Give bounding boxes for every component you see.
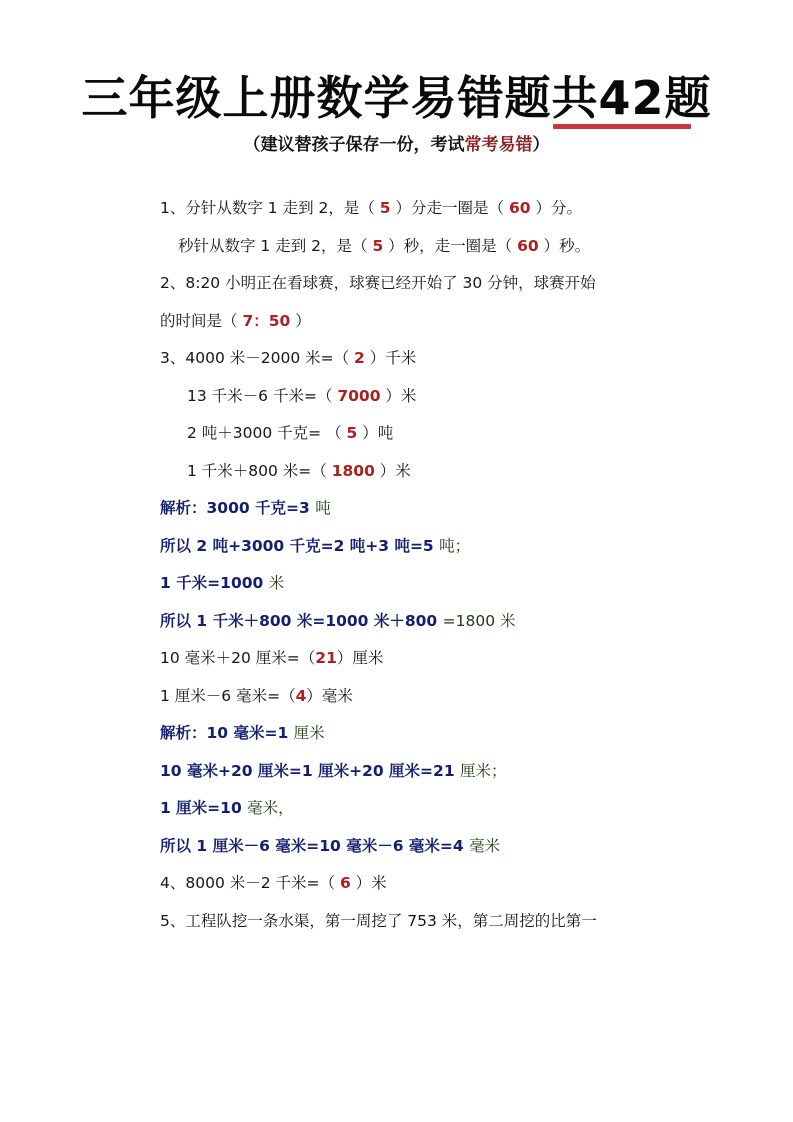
analysis-text: 所以 1 千米＋800 米 [160, 612, 312, 630]
question-3-line-e: 10 毫米＋20 厘米=（21）厘米 [160, 640, 720, 678]
analysis-unit: 吨 [315, 499, 331, 517]
text: ）分走一圈是（ [391, 199, 509, 217]
question-list: 1、分针从数字 1 走到 2，是（ 5 ）分走一圈是（ 60 ）分。 秒针从数字… [160, 190, 720, 940]
text: 2 吨＋3000 千克= （ [187, 424, 347, 442]
text: 2、8:20 小明正在看球赛，球赛已经开始了 30 分钟，球赛开始 [160, 274, 596, 292]
analysis-text: 解析：10 毫米=1 [160, 724, 294, 742]
text: 1 厘米－6 毫米=（ [160, 687, 296, 705]
text: 3、4000 米－2000 米=（ [160, 349, 354, 367]
text: 10 毫米＋20 厘米=（ [160, 649, 315, 667]
title-underline [553, 124, 691, 129]
page-title: 三年级上册数学易错题共42题 [0, 70, 793, 126]
answer: 60 [517, 237, 539, 255]
text: ）秒，走一圈是（ [383, 237, 517, 255]
question-3-line-b: 13 千米－6 千米=（ 7000 ）米 [160, 378, 720, 416]
analysis-line-7: 1 厘米=10 毫米， [160, 790, 720, 828]
analysis-unit: 吨； [439, 537, 470, 555]
analysis-text: 1 千米=1000 [160, 574, 269, 592]
subtitle-close: ） [533, 135, 550, 155]
analysis-line-1: 解析：3000 千克=3 吨 [160, 490, 720, 528]
question-1-line-2: 秒针从数字 1 走到 2，是（ 5 ）秒，走一圈是（ 60 ）秒。 [160, 228, 720, 266]
text: 1 千米＋800 米=（ [187, 462, 332, 480]
subtitle-highlight: 常考易错 [465, 135, 533, 155]
text: ） [290, 312, 310, 330]
question-1-line-1: 1、分针从数字 1 走到 2，是（ 5 ）分走一圈是（ 60 ）分。 [160, 190, 720, 228]
text: 的时间是（ [160, 312, 242, 330]
text: ）米 [381, 387, 417, 405]
question-2-line-2: 的时间是（ 7：50 ） [160, 303, 720, 341]
analysis-text: 所以 2 吨+3000 千克=2 吨+3 吨=5 [160, 537, 439, 555]
analysis-line-2: 所以 2 吨+3000 千克=2 吨+3 吨=5 吨； [160, 528, 720, 566]
page-subtitle: （建议替孩子保存一份，考试常考易错） [0, 132, 793, 158]
answer: 2 [354, 349, 365, 367]
text: 秒针从数字 1 走到 2，是（ [178, 237, 372, 255]
analysis-unit: 毫米 [469, 837, 500, 855]
text: 5、工程队挖一条水渠，第一周挖了 753 米，第二周挖的比第一 [160, 912, 597, 930]
text: ）千米 [365, 349, 416, 367]
answer: 7000 [337, 387, 380, 405]
analysis-text: 10 毫米+20 厘米=1 厘米+20 厘米=21 [160, 762, 460, 780]
analysis-line-5: 解析：10 毫米=1 厘米 [160, 715, 720, 753]
analysis-unit: 毫米， [247, 799, 294, 817]
text: ）吨 [357, 424, 393, 442]
analysis-unit: 厘米 [294, 724, 325, 742]
text: 13 千米－6 千米=（ [187, 387, 337, 405]
answer: 5 [372, 237, 383, 255]
question-4: 4、8000 米－2 千米=（ 6 ）米 [160, 865, 720, 903]
text: ）厘米 [337, 649, 384, 667]
text: ）秒。 [539, 237, 590, 255]
answer: 4 [296, 687, 307, 705]
answer: 6 [340, 874, 351, 892]
answer: 5 [380, 199, 391, 217]
question-2-line-1: 2、8:20 小明正在看球赛，球赛已经开始了 30 分钟，球赛开始 [160, 265, 720, 303]
question-3-line-f: 1 厘米－6 毫米=（4）毫米 [160, 678, 720, 716]
analysis-line-4: 所以 1 千米＋800 米=1000 米＋800 =1800 米 [160, 603, 720, 641]
answer: 7：50 [242, 312, 290, 330]
subtitle-text: （建议替孩子保存一份，考试 [244, 135, 465, 155]
answer: 21 [315, 649, 337, 667]
answer: 1800 [332, 462, 375, 480]
analysis-unit: 厘米； [460, 762, 507, 780]
text: ）分。 [531, 199, 582, 217]
text: 1、分针从数字 1 走到 2，是（ [160, 199, 380, 217]
analysis-line-3: 1 千米=1000 米 [160, 565, 720, 603]
question-3-line-c: 2 吨＋3000 千克= （ 5 ）吨 [160, 415, 720, 453]
text: ）米 [375, 462, 411, 480]
text: ）米 [351, 874, 387, 892]
answer: 60 [509, 199, 531, 217]
text: 4、8000 米－2 千米=（ [160, 874, 340, 892]
analysis-unit: 米 [269, 574, 285, 592]
question-5-line-1: 5、工程队挖一条水渠，第一周挖了 753 米，第二周挖的比第一 [160, 903, 720, 941]
analysis-line-8: 所以 1 厘米－6 毫米=10 毫米－6 毫米=4 毫米 [160, 828, 720, 866]
text: ）毫米 [306, 687, 353, 705]
analysis-line-6: 10 毫米+20 厘米=1 厘米+20 厘米=21 厘米； [160, 753, 720, 791]
analysis-text: 解析：3000 千克=3 [160, 499, 315, 517]
question-3-line-a: 3、4000 米－2000 米=（ 2 ）千米 [160, 340, 720, 378]
analysis-text: 1 厘米=10 [160, 799, 247, 817]
analysis-text: 所以 1 厘米－6 毫米=10 毫米－6 毫米=4 [160, 837, 469, 855]
question-3-line-d: 1 千米＋800 米=（ 1800 ）米 [160, 453, 720, 491]
analysis-text: =1000 米＋800 [312, 612, 442, 630]
analysis-result: =1800 米 [443, 612, 516, 630]
answer: 5 [347, 424, 358, 442]
